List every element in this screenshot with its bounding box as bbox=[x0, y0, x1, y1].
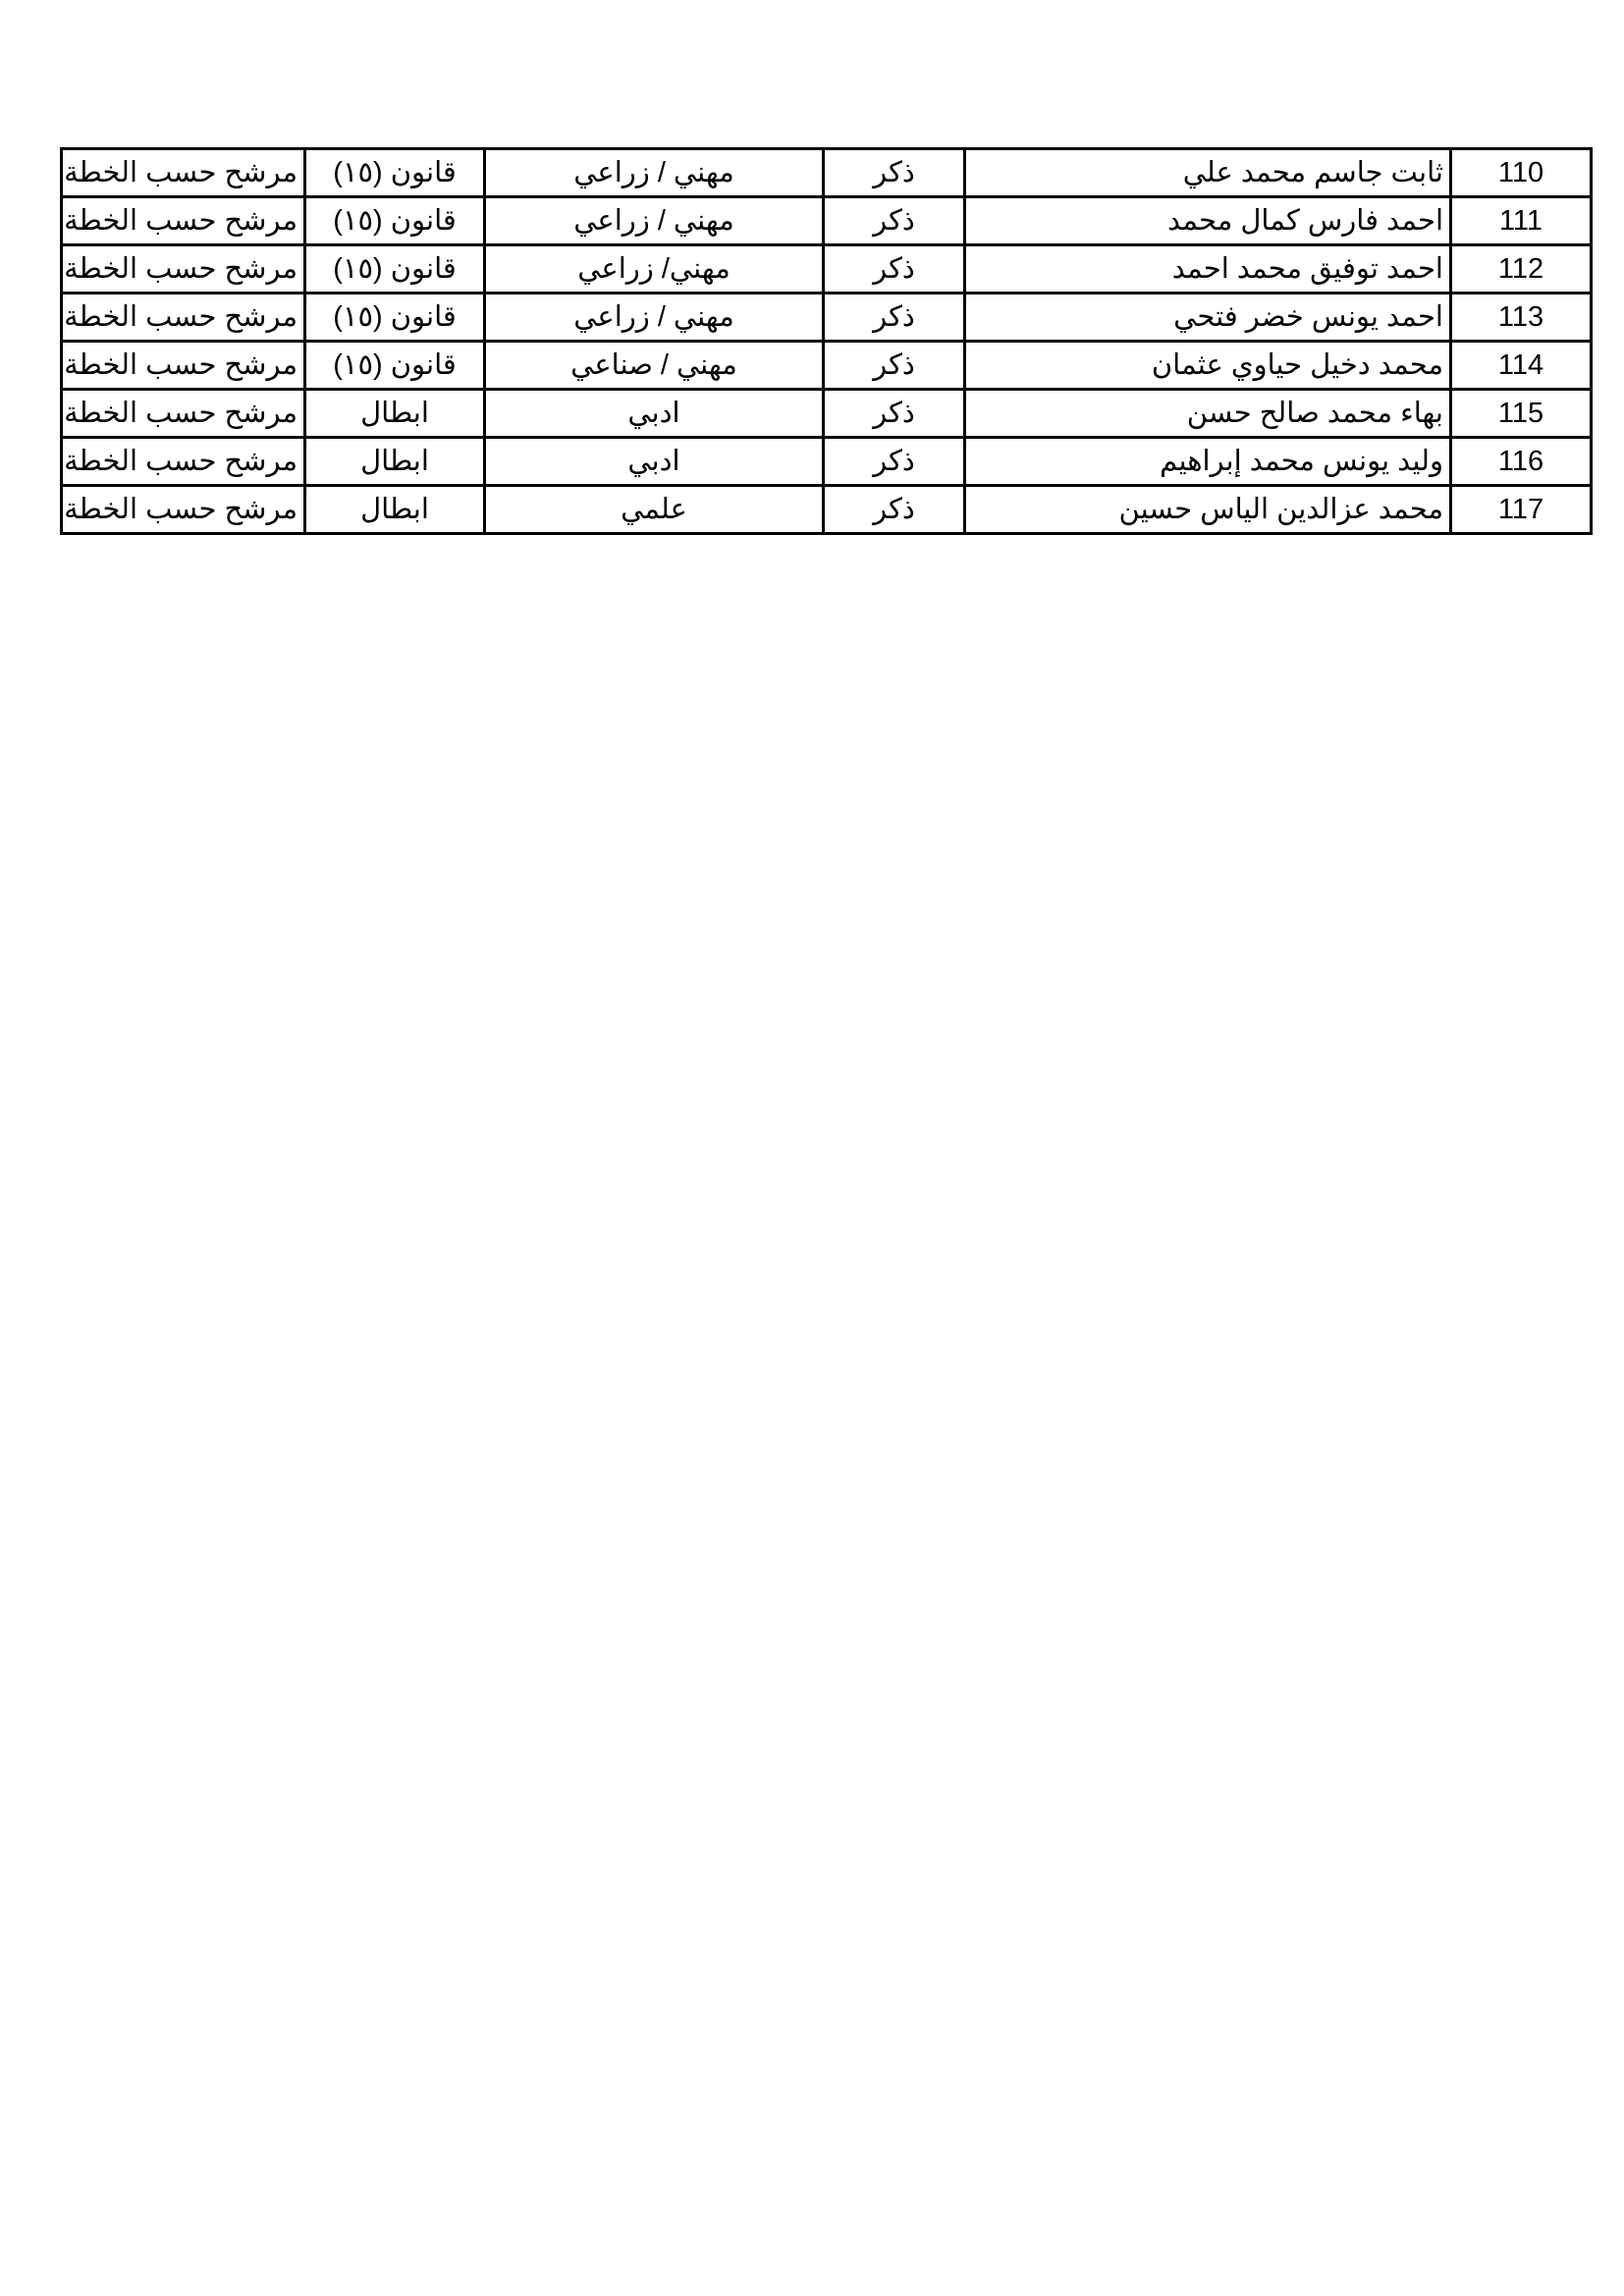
admission-law: قانون (١٥) bbox=[305, 294, 485, 342]
branch: مهني/ زراعي bbox=[485, 245, 824, 294]
row-number: 116 bbox=[1451, 438, 1592, 486]
student-name: احمد يونس خضر فتحي bbox=[965, 294, 1451, 342]
student-name: وليد يونس محمد إبراهيم bbox=[965, 438, 1451, 486]
student-name: محمد عزالدين الياس حسين bbox=[965, 486, 1451, 534]
admission-law: ابطال bbox=[305, 486, 485, 534]
student-name: ثابت جاسم محمد علي bbox=[965, 149, 1451, 197]
candidates-table: 110 ثابت جاسم محمد علي ذكر مهني / زراعي … bbox=[60, 147, 1593, 535]
gender: ذكر bbox=[824, 149, 965, 197]
admission-law: قانون (١٥) bbox=[305, 197, 485, 245]
admission-law: قانون (١٥) bbox=[305, 342, 485, 390]
table-row: 114 محمد دخيل حياوي عثمان ذكر مهني / صنا… bbox=[62, 342, 1592, 390]
gender: ذكر bbox=[824, 486, 965, 534]
status: مرشح حسب الخطة bbox=[62, 197, 305, 245]
table-row: 117 محمد عزالدين الياس حسين ذكر علمي ابط… bbox=[62, 486, 1592, 534]
row-number: 110 bbox=[1451, 149, 1592, 197]
student-name: محمد دخيل حياوي عثمان bbox=[965, 342, 1451, 390]
row-number: 115 bbox=[1451, 390, 1592, 438]
admission-law: قانون (١٥) bbox=[305, 245, 485, 294]
branch: مهني / زراعي bbox=[485, 197, 824, 245]
gender: ذكر bbox=[824, 342, 965, 390]
gender: ذكر bbox=[824, 197, 965, 245]
gender: ذكر bbox=[824, 294, 965, 342]
status: مرشح حسب الخطة bbox=[62, 245, 305, 294]
branch: ادبي bbox=[485, 390, 824, 438]
document-page: 110 ثابت جاسم محمد علي ذكر مهني / زراعي … bbox=[0, 0, 1624, 2296]
row-number: 112 bbox=[1451, 245, 1592, 294]
admission-law: ابطال bbox=[305, 438, 485, 486]
student-name: احمد فارس كمال محمد bbox=[965, 197, 1451, 245]
status: مرشح حسب الخطة bbox=[62, 149, 305, 197]
table-row: 112 احمد توفيق محمد احمد ذكر مهني/ زراعي… bbox=[62, 245, 1592, 294]
admission-law: قانون (١٥) bbox=[305, 149, 485, 197]
gender: ذكر bbox=[824, 245, 965, 294]
status: مرشح حسب الخطة bbox=[62, 294, 305, 342]
branch: مهني / زراعي bbox=[485, 294, 824, 342]
gender: ذكر bbox=[824, 438, 965, 486]
status: مرشح حسب الخطة bbox=[62, 342, 305, 390]
branch: علمي bbox=[485, 486, 824, 534]
table-row: 113 احمد يونس خضر فتحي ذكر مهني / زراعي … bbox=[62, 294, 1592, 342]
status: مرشح حسب الخطة bbox=[62, 390, 305, 438]
gender: ذكر bbox=[824, 390, 965, 438]
table-row: 110 ثابت جاسم محمد علي ذكر مهني / زراعي … bbox=[62, 149, 1592, 197]
row-number: 117 bbox=[1451, 486, 1592, 534]
row-number: 113 bbox=[1451, 294, 1592, 342]
row-number: 114 bbox=[1451, 342, 1592, 390]
table-row: 116 وليد يونس محمد إبراهيم ذكر ادبي ابطا… bbox=[62, 438, 1592, 486]
branch: مهني / صناعي bbox=[485, 342, 824, 390]
student-name: بهاء محمد صالح حسن bbox=[965, 390, 1451, 438]
status: مرشح حسب الخطة bbox=[62, 438, 305, 486]
row-number: 111 bbox=[1451, 197, 1592, 245]
branch: ادبي bbox=[485, 438, 824, 486]
table-row: 115 بهاء محمد صالح حسن ذكر ادبي ابطال مر… bbox=[62, 390, 1592, 438]
branch: مهني / زراعي bbox=[485, 149, 824, 197]
admission-law: ابطال bbox=[305, 390, 485, 438]
table-row: 111 احمد فارس كمال محمد ذكر مهني / زراعي… bbox=[62, 197, 1592, 245]
status: مرشح حسب الخطة bbox=[62, 486, 305, 534]
student-name: احمد توفيق محمد احمد bbox=[965, 245, 1451, 294]
